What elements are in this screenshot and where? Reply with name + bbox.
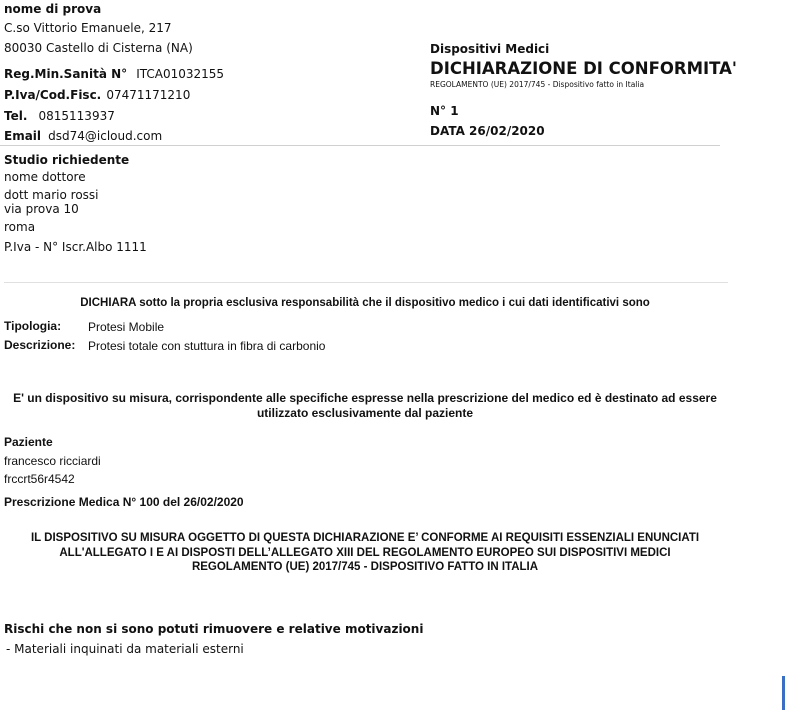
tel-row: Tel. 0815113937 — [4, 105, 115, 124]
patient-name: francesco ricciardi — [4, 454, 101, 468]
prescription-reference: Prescrizione Medica N° 100 del 26/02/202… — [4, 495, 244, 509]
email-row: Email dsd74@icloud.com — [4, 125, 162, 144]
patient-code: frccrt56r4542 — [4, 472, 75, 486]
reg-value: ITCA01032155 — [136, 67, 224, 81]
custom-device-statement: E' un dispositivo su misura, corrisponde… — [10, 391, 720, 421]
conformity-statement: IL DISPOSITIVO SU MISURA OGGETTO DI QUES… — [15, 531, 715, 575]
piva-row: P.Iva/Cod.Fisc. 07471171210 — [4, 84, 190, 103]
tel-value: 0815113937 — [39, 109, 115, 123]
document-number: N° 1 — [430, 104, 459, 118]
studio-piva: P.Iva - N° Iscr.Albo 1111 — [4, 240, 147, 254]
studio-doctor-name: dott mario rossi — [4, 188, 99, 202]
risk-item: - Materiali inquinati da materiali ester… — [6, 642, 244, 656]
piva-label: P.Iva/Cod.Fisc. — [4, 88, 101, 102]
risks-heading: Rischi che non si sono potuti rimuovere … — [4, 622, 423, 636]
reg-label: Reg.Min.Sanità N° — [4, 67, 127, 81]
manufacturer-address: C.so Vittorio Emanuele, 217 — [4, 21, 172, 35]
divider — [0, 145, 720, 146]
piva-value: 07471171210 — [106, 88, 190, 102]
email-value: dsd74@icloud.com — [48, 129, 162, 143]
descrizione-value: Protesi totale con stuttura in fibra di … — [88, 339, 325, 353]
manufacturer-city: 80030 Castello di Cisterna (NA) — [4, 41, 193, 55]
document-title: DICHIARAZIONE DI CONFORMITA' — [430, 59, 737, 78]
studio-heading: Studio richiedente — [4, 153, 129, 167]
studio-city: roma — [4, 220, 35, 234]
patient-heading: Paziente — [4, 435, 53, 449]
document-subtitle: REGOLAMENTO (UE) 2017/745 - Dispositivo … — [430, 80, 644, 89]
email-label: Email — [4, 129, 41, 143]
manufacturer-name: nome di prova — [4, 2, 101, 16]
divider — [4, 282, 728, 283]
document-date: DATA 26/02/2020 — [430, 124, 545, 138]
tel-label: Tel. — [4, 109, 27, 123]
studio-address: via prova 10 — [4, 202, 79, 216]
studio-doctor-label: nome dottore — [4, 170, 86, 184]
descrizione-label: Descrizione: — [4, 338, 75, 352]
tipologia-value: Protesi Mobile — [88, 320, 164, 334]
reg-row: Reg.Min.Sanità N° ITCA01032155 — [4, 63, 224, 82]
document-category: Dispositivi Medici — [430, 42, 549, 56]
tipologia-label: Tipologia: — [4, 319, 61, 333]
declaration-intro: DICHIARA sotto la propria esclusiva resp… — [0, 297, 730, 309]
